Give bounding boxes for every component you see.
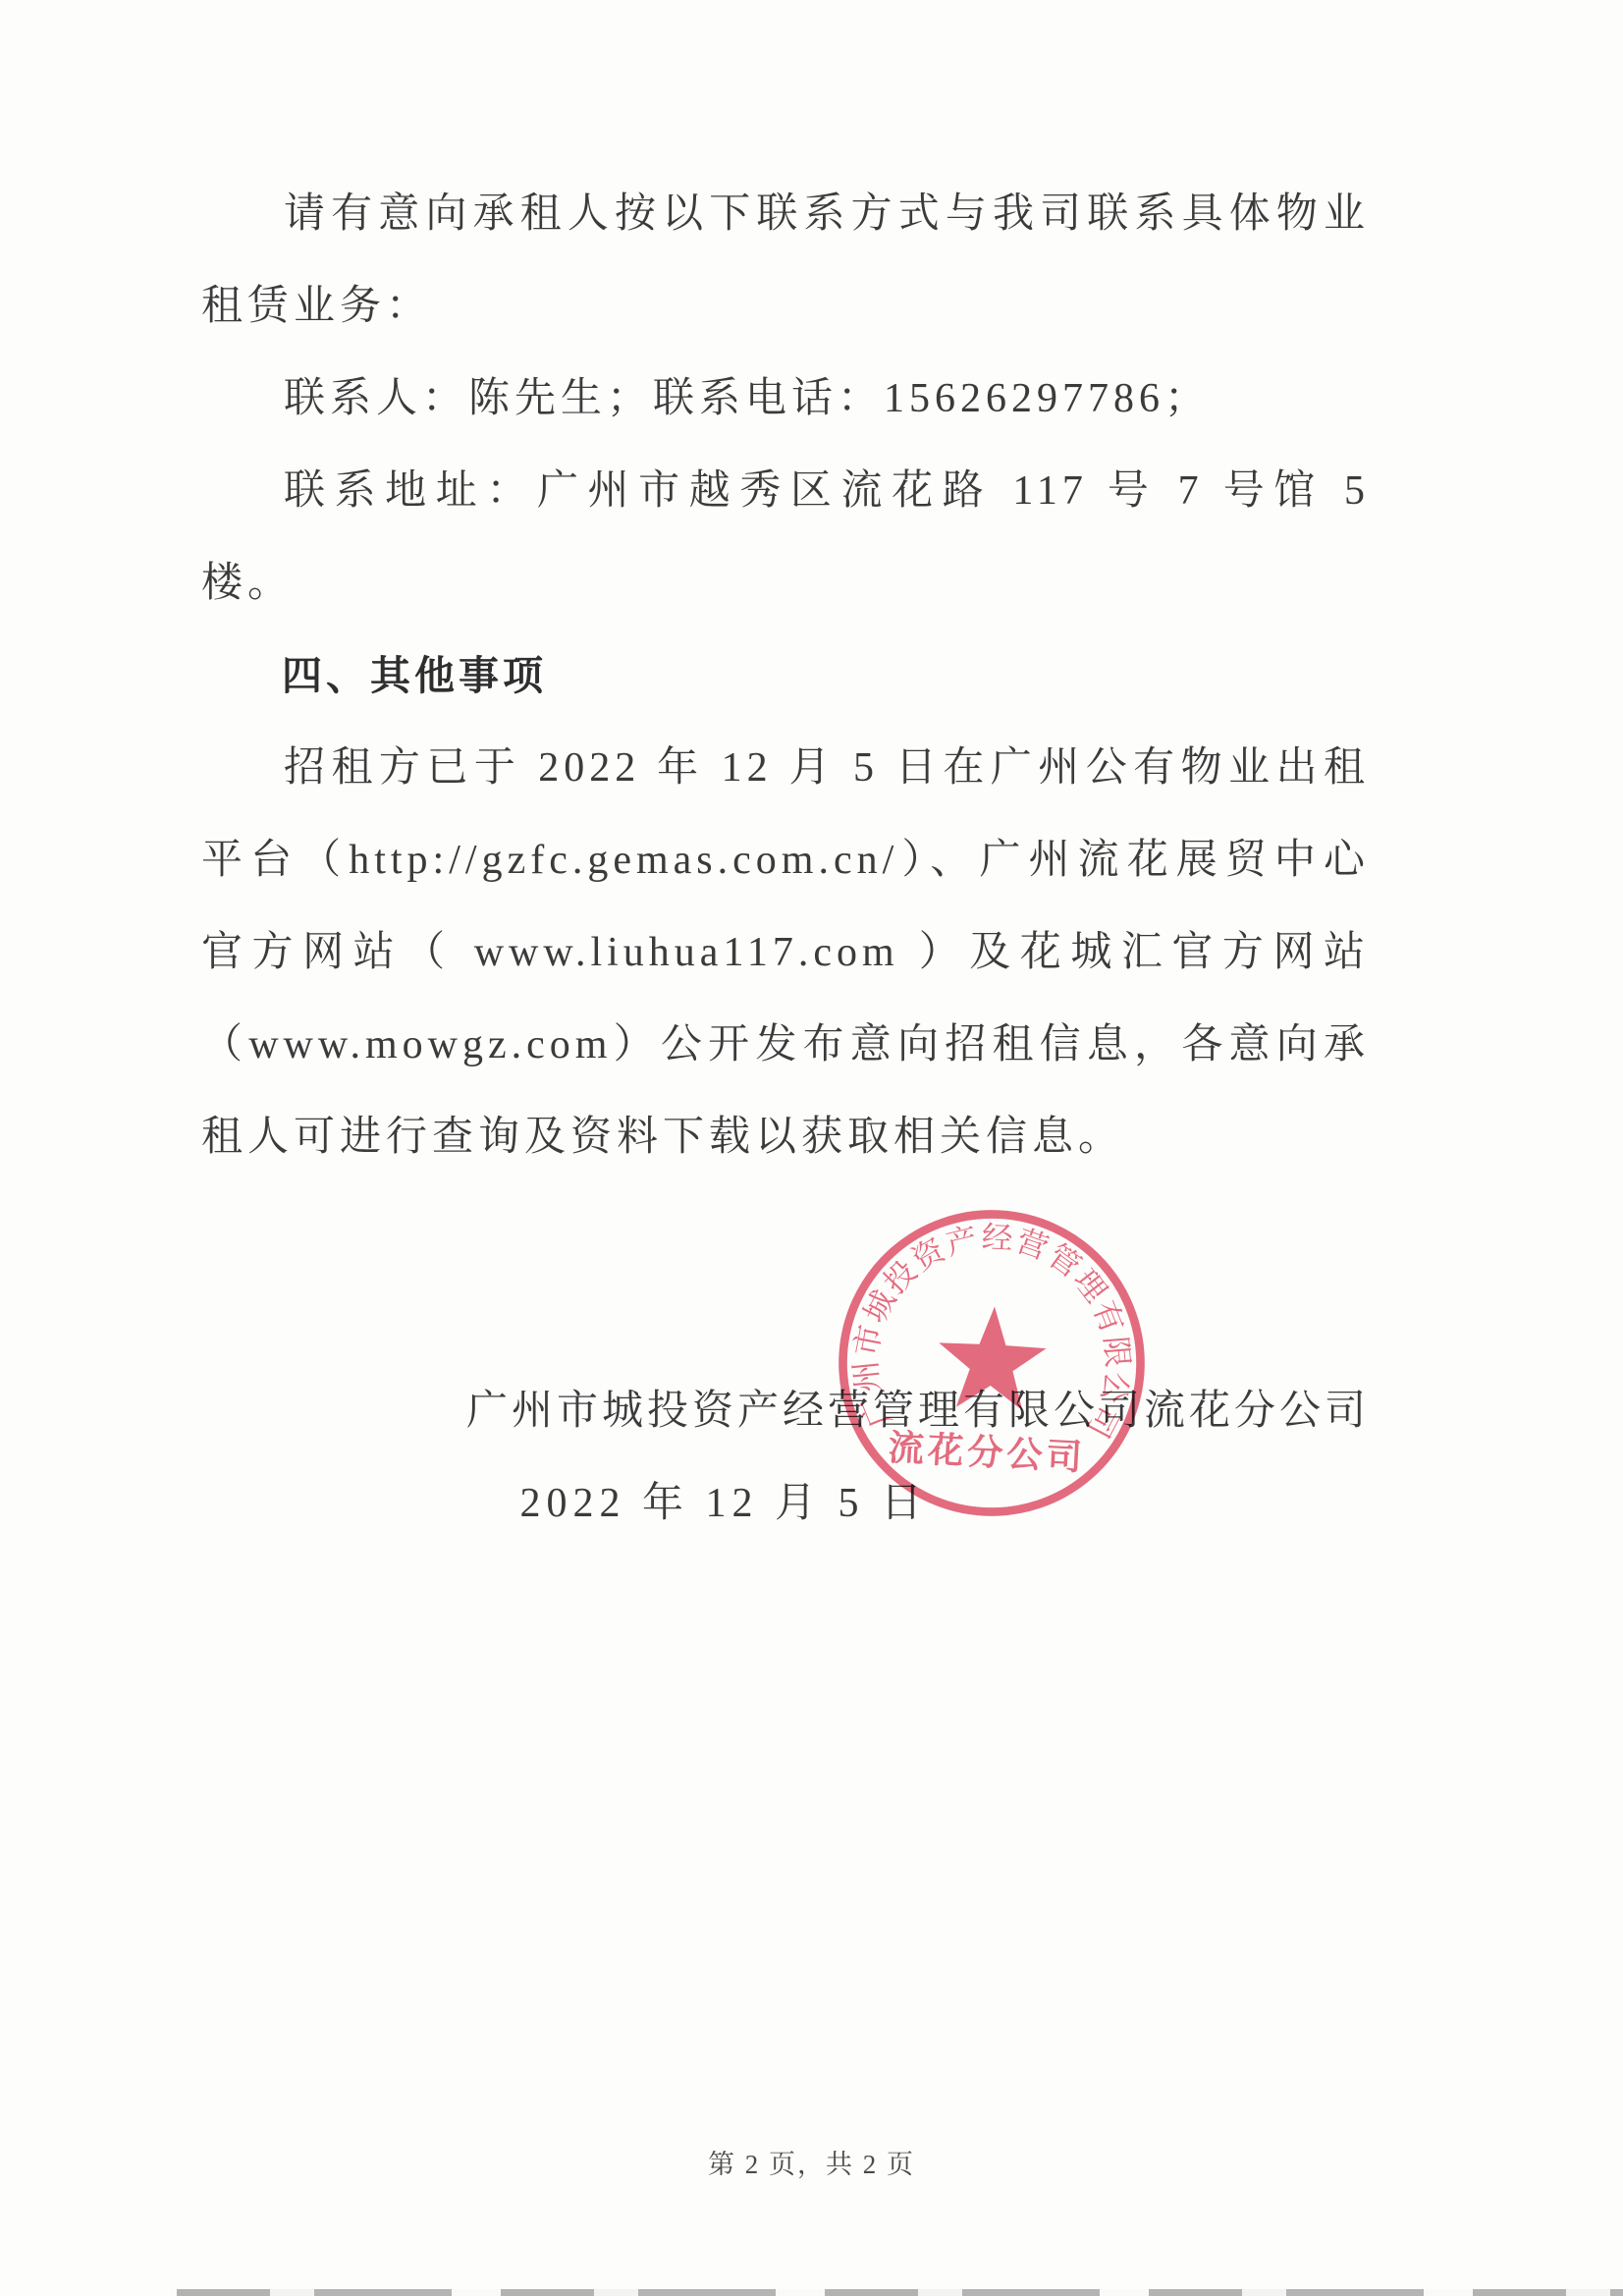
scan-edge-artifact xyxy=(177,2289,1623,2296)
page-indicator: 第 2 页，共 2 页 xyxy=(708,2150,915,2179)
heading-other-matters: 四、其他事项 xyxy=(201,629,1370,722)
signature-date: 2022 年 12 月 5 日 xyxy=(201,1457,928,1550)
signature-block: 广州市城投资产经营管理有限公司流花分公司 2022 年 12 月 5 日 xyxy=(201,1365,1370,1550)
document-page: 请有意向承租人按以下联系方式与我司联系具体物业租赁业务： 联系人：陈先生；联系电… xyxy=(0,0,1623,2296)
paragraph-contact-address: 联系地址：广州市越秀区流花路 117 号 7 号馆 5 楼。 xyxy=(201,445,1370,629)
paragraph-announcement: 招租方已于 2022 年 12 月 5 日在广州公有物业出租平台（http://… xyxy=(201,722,1370,1183)
paragraph-contact-intro: 请有意向承租人按以下联系方式与我司联系具体物业租赁业务： xyxy=(201,168,1370,353)
page-footer: 第 2 页，共 2 页 xyxy=(0,2143,1623,2181)
document-body: 请有意向承租人按以下联系方式与我司联系具体物业租赁业务： 联系人：陈先生；联系电… xyxy=(201,168,1370,1550)
signature-company-name: 广州市城投资产经营管理有限公司流花分公司 xyxy=(201,1365,1370,1457)
paragraph-contact-person: 联系人：陈先生；联系电话：15626297786； xyxy=(201,353,1370,445)
